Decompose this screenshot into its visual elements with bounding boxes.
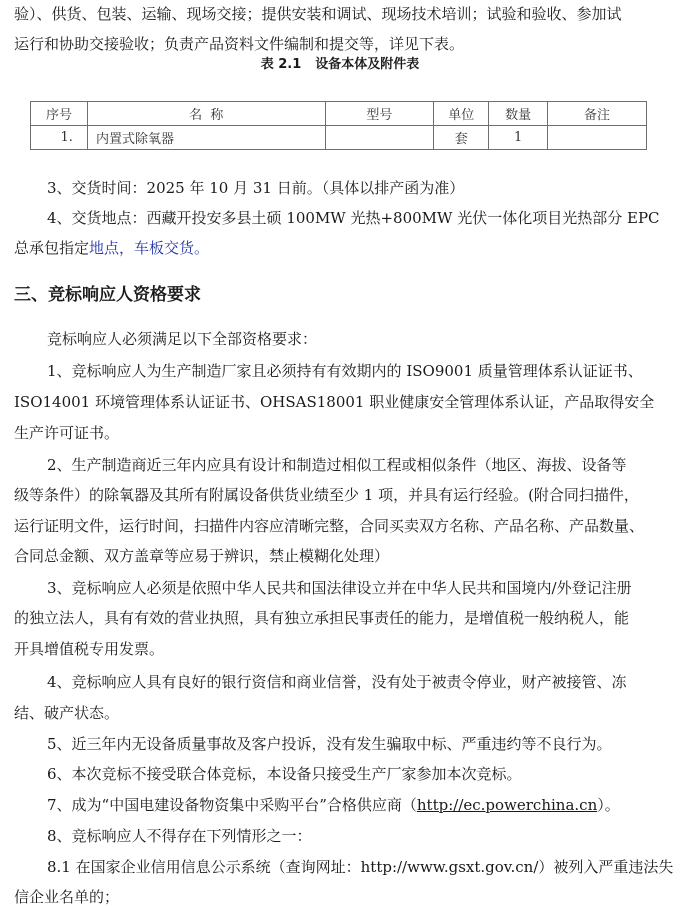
req1-line-1: 1、竞标响应人为生产制造厂家且必须持有有效期内的 ISO9001 质量管理体系认… — [47, 361, 643, 381]
header-name: 名 称 — [87, 102, 325, 126]
req2-line-1: 2、生产制造商近三年内应具有设计和制造过相似工程或相似条件（地区、海拔、设备等 — [47, 455, 627, 475]
delivery-place-prefix: 总承包指定 — [14, 239, 89, 257]
table-caption-title: 设备本体及附件表 — [315, 57, 419, 72]
req7-suffix: ）。 — [597, 796, 620, 814]
req8: 8、竞标响应人不得存在下列情形之一： — [47, 826, 312, 846]
req4-line-1: 4、竞标响应人具有良好的银行资信和商业信誉，没有处于被责令停业，财产被接管、冻 — [47, 672, 627, 692]
table-header-row: 序号 名 称 型号 单位 数量 备注 — [31, 102, 647, 126]
powerchina-link[interactable]: http://ec.powerchina.cn — [417, 796, 597, 814]
header-index: 序号 — [31, 102, 88, 126]
intro-line-2: 运行和协助交接验收；负责产品资料文件编制和提交等，详见下表。 — [14, 34, 464, 54]
table-caption-number: 表 2.1 — [261, 57, 302, 72]
delivery-place-line-2: 总承包指定地点，车板交货。 — [14, 238, 209, 258]
table-row: 1. 内置式除氧器 套 1 — [31, 126, 647, 150]
req1-line-3: 生产许可证书。 — [14, 423, 119, 443]
table-caption: 表 2.1设备本体及附件表 — [0, 56, 680, 74]
header-model: 型号 — [325, 102, 434, 126]
req7: 7、成为“中国电建设备物资集中采购平台”合格供应商（http://ec.powe… — [47, 795, 620, 815]
cell-name: 内置式除氧器 — [87, 126, 325, 150]
cell-model — [325, 126, 434, 150]
req3-line-3: 开具增值税专用发票。 — [14, 639, 164, 659]
delivery-place-highlight: 地点，车板交货。 — [89, 239, 209, 257]
req4-line-2: 结、破产状态。 — [14, 703, 119, 723]
equipment-table: 序号 名 称 型号 单位 数量 备注 1. 内置式除氧器 套 1 — [30, 101, 647, 150]
section-heading: 三、竞标响应人资格要求 — [14, 284, 201, 306]
req6: 6、本次竞标不接受联合体竞标，本设备只接受生产厂家参加本次竞标。 — [47, 764, 522, 784]
header-quantity: 数量 — [489, 102, 548, 126]
cell-remark — [548, 126, 647, 150]
req2-line-3: 运行证明文件，运行时间，扫描件内容应清晰完整，合同买卖双方名称、产品名称、产品数… — [14, 516, 644, 536]
intro-line-1: 验）、供货、包装、运输、现场交接；提供安装和调试、现场技术培训；试验和验收、参加… — [14, 4, 622, 24]
cell-index: 1. — [31, 126, 88, 150]
delivery-time: 3、交货时间：2025 年 10 月 31 日前。（具体以排产函为准） — [47, 178, 464, 198]
req3-line-1: 3、竞标响应人必须是依照中华人民共和国法律设立并在中华人民共和国境内/外登记注册 — [47, 578, 632, 598]
req8-1-line-1: 8.1 在国家企业信用信息公示系统（查询网址：http://www.gsxt.g… — [47, 857, 673, 877]
requirements-intro: 竞标响应人必须满足以下全部资格要求： — [47, 329, 317, 349]
req2-line-4: 合同总金额、双方盖章等应易于辨识，禁止模糊化处理） — [14, 546, 389, 566]
cell-quantity: 1 — [489, 126, 548, 150]
req3-line-2: 的独立法人，具有有效的营业执照，具有独立承担民事责任的能力，是增值税一般纳税人，… — [14, 608, 629, 628]
header-unit: 单位 — [434, 102, 489, 126]
req5: 5、近三年内无设备质量事故及客户投诉，没有发生骗取中标、严重违约等不良行为。 — [47, 734, 612, 754]
header-remark: 备注 — [548, 102, 647, 126]
req7-prefix: 7、成为“中国电建设备物资集中采购平台”合格供应商（ — [47, 796, 417, 814]
delivery-place-line-1: 4、交货地点：西藏开投安多县土硕 100MW 光热+800MW 光伏一体化项目光… — [47, 208, 660, 228]
cell-unit: 套 — [434, 126, 489, 150]
req2-line-2: 级等条件）的除氧器及其所有附属设备供货业绩至少 1 项，并具有运行经验。(附合同… — [14, 485, 639, 505]
req8-1-line-2: 信企业名单的； — [14, 887, 119, 907]
req1-line-2: ISO14001 环境管理体系认证证书、OHSAS18001 职业健康安全管理体… — [14, 392, 654, 412]
